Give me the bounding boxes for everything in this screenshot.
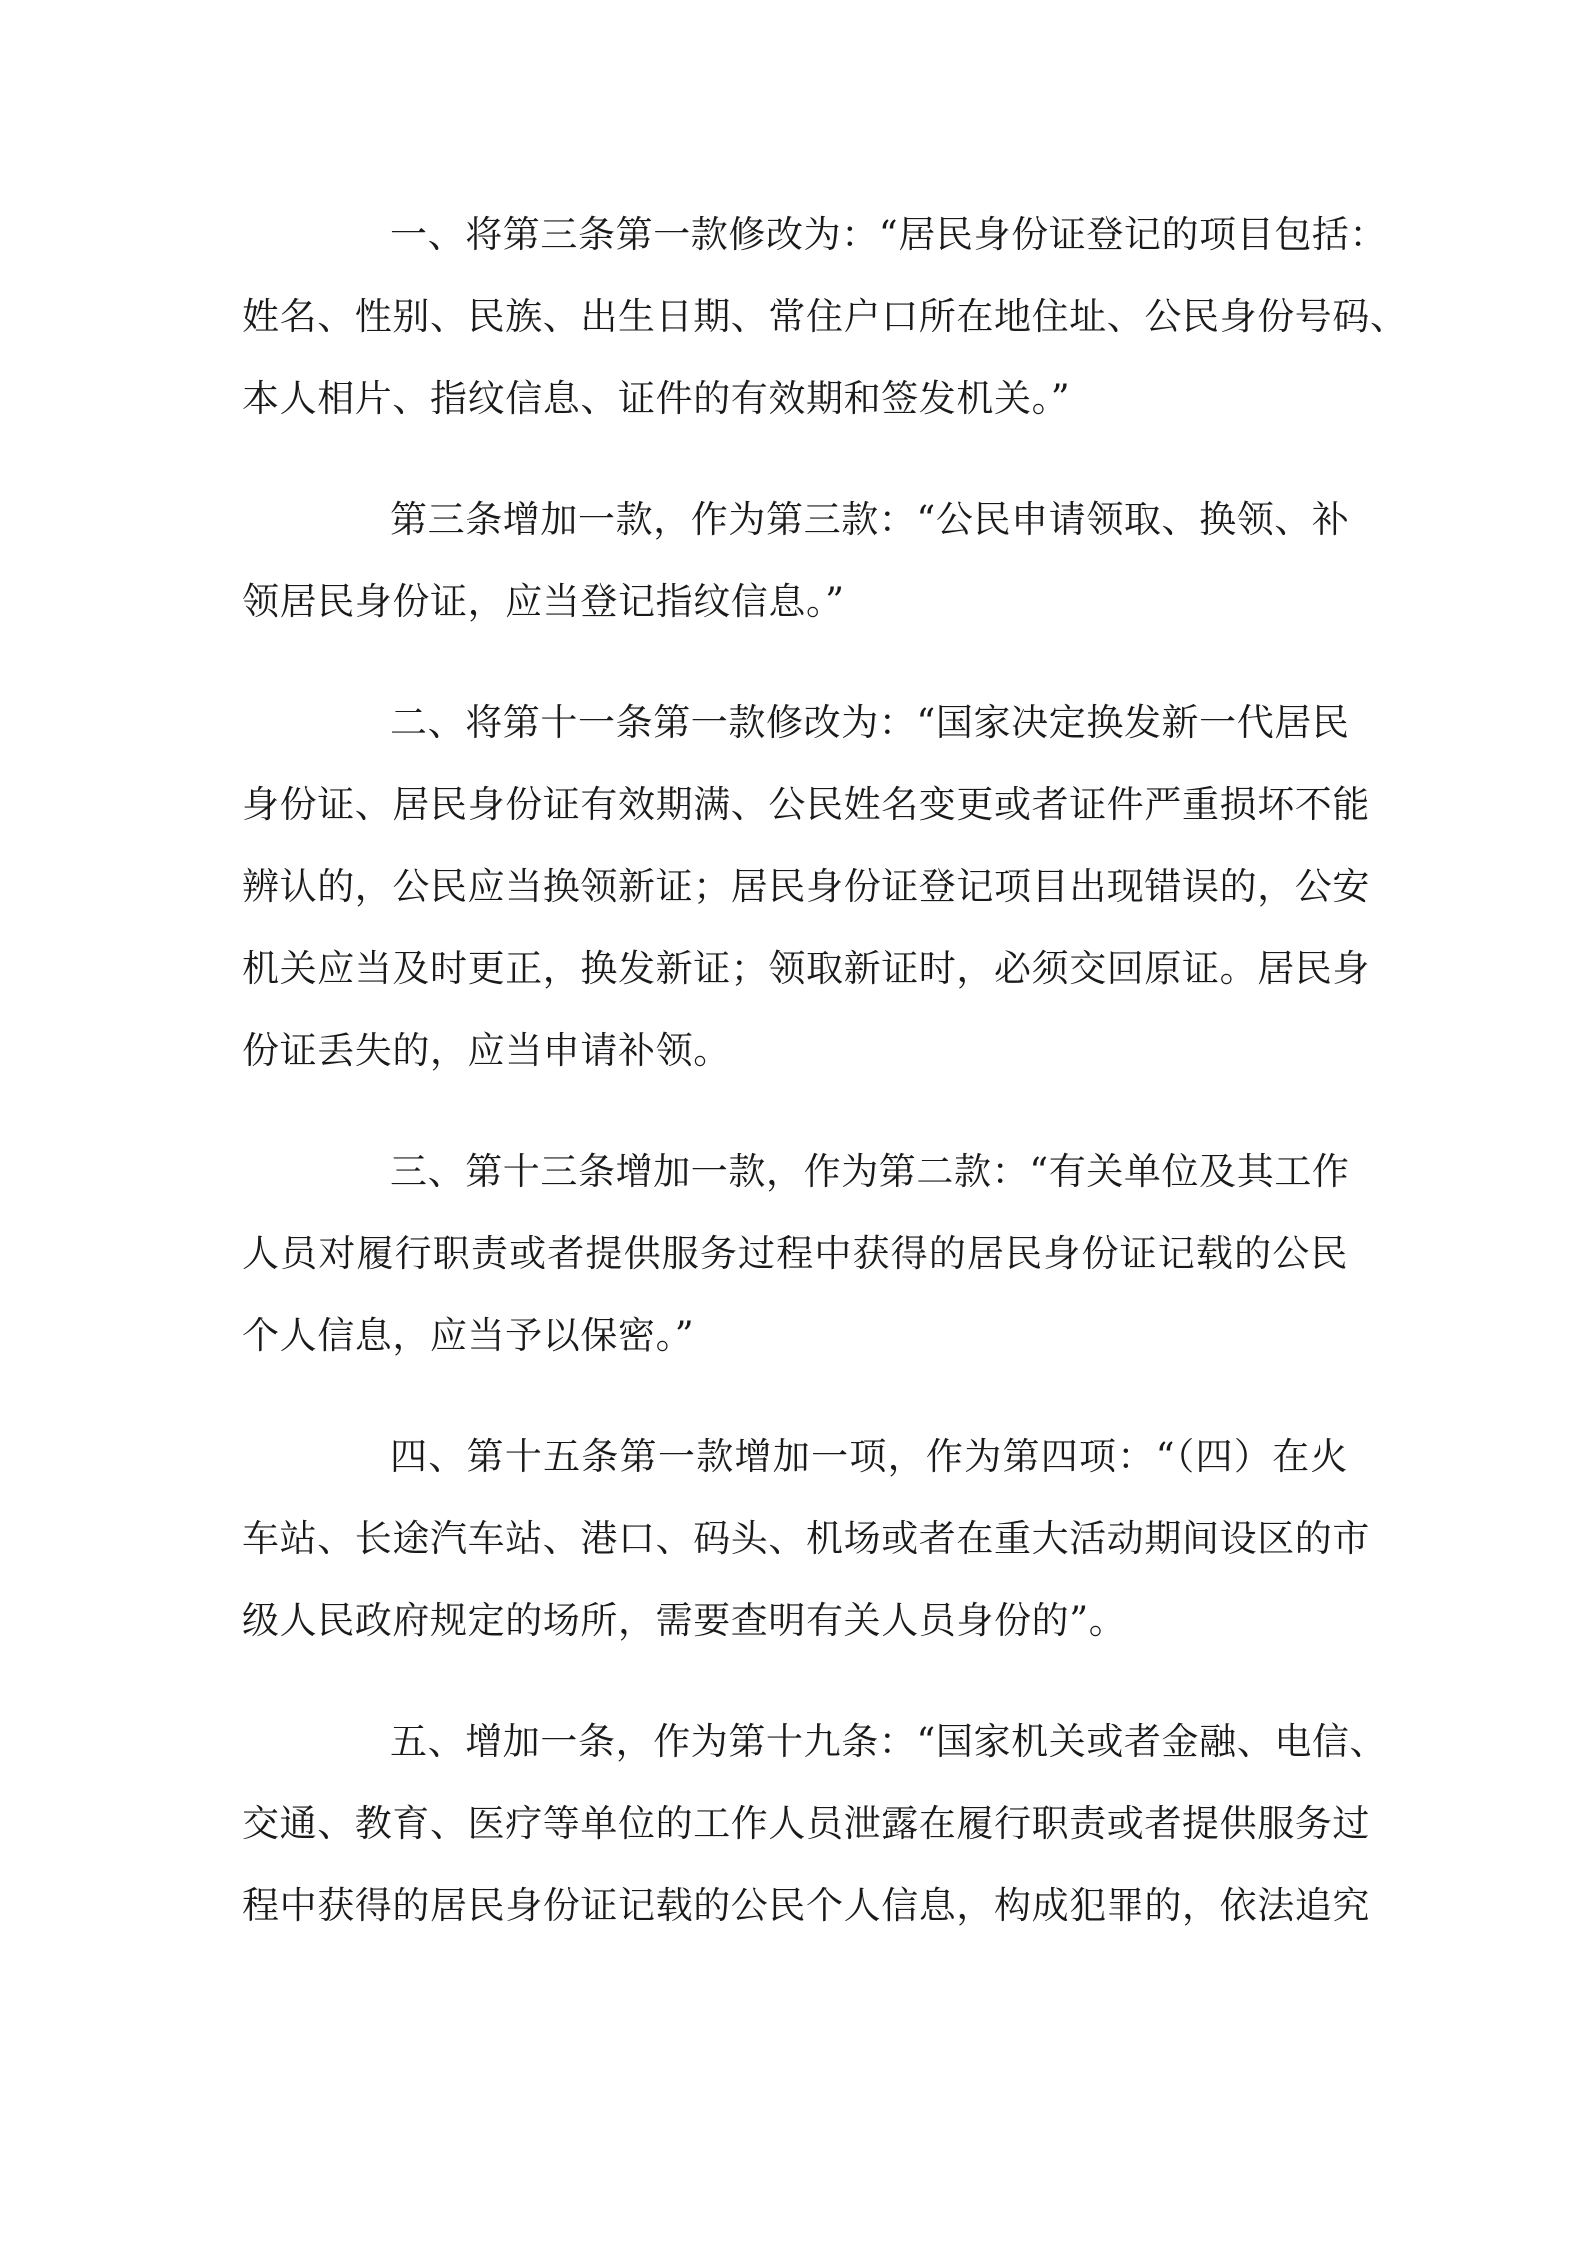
document-page: 一、将第三条第一款修改为：“居民身份证登记的项目包括： 姓名、性别、民族、出生日… xyxy=(242,207,1348,1999)
text-line: 交通、教育、医疗等单位的工作人员泄露在履行职责或者提供服务过 xyxy=(242,1796,1348,1878)
paragraph-amendment-5: 五、增加一条，作为第十九条：“国家机关或者金融、电信、 交通、教育、医疗等单位的… xyxy=(242,1714,1348,1960)
paragraph-amendment-3: 三、第十三条增加一款，作为第二款：“有关单位及其工作 人员对履行职责或者提供服务… xyxy=(242,1144,1348,1390)
text-line: 个人信息，应当予以保密。” xyxy=(242,1308,1348,1390)
text-line: 第三条增加一款，作为第三款：“公民申请领取、换领、补 xyxy=(242,492,1348,574)
text-line: 身份证、居民身份证有效期满、公民姓名变更或者证件严重损坏不能 xyxy=(242,777,1348,859)
text-line: 领居民身份证，应当登记指纹信息。” xyxy=(242,574,1348,656)
text-line: 机关应当及时更正，换发新证；领取新证时，必须交回原证。居民身 xyxy=(242,941,1348,1023)
paragraph-amendment-1: 一、将第三条第一款修改为：“居民身份证登记的项目包括： 姓名、性别、民族、出生日… xyxy=(242,207,1348,453)
text-line: 三、第十三条增加一款，作为第二款：“有关单位及其工作 xyxy=(242,1144,1348,1226)
paragraph-amendment-4: 四、第十五条第一款增加一项，作为第四项：“（四）在火 车站、长途汽车站、港口、码… xyxy=(242,1429,1348,1675)
paragraph-amendment-1-addition: 第三条增加一款，作为第三款：“公民申请领取、换领、补 领居民身份证，应当登记指纹… xyxy=(242,492,1348,656)
text-line: 本人相片、指纹信息、证件的有效期和签发机关。” xyxy=(242,371,1348,453)
text-line: 二、将第十一条第一款修改为：“国家决定换发新一代居民 xyxy=(242,695,1348,777)
text-line: 姓名、性别、民族、出生日期、常住户口所在地住址、公民身份号码、 xyxy=(242,289,1348,371)
text-line: 四、第十五条第一款增加一项，作为第四项：“（四）在火 xyxy=(242,1429,1348,1511)
text-line: 五、增加一条，作为第十九条：“国家机关或者金融、电信、 xyxy=(242,1714,1348,1796)
text-line: 份证丢失的，应当申请补领。 xyxy=(242,1023,1348,1105)
paragraph-amendment-2: 二、将第十一条第一款修改为：“国家决定换发新一代居民 身份证、居民身份证有效期满… xyxy=(242,695,1348,1105)
text-line: 级人民政府规定的场所，需要查明有关人员身份的”。 xyxy=(242,1593,1348,1675)
text-line: 车站、长途汽车站、港口、码头、机场或者在重大活动期间设区的市 xyxy=(242,1511,1348,1593)
text-line: 人员对履行职责或者提供服务过程中获得的居民身份证记载的公民 xyxy=(242,1226,1348,1308)
text-line: 辨认的，公民应当换领新证；居民身份证登记项目出现错误的，公安 xyxy=(242,859,1348,941)
text-line: 程中获得的居民身份证记载的公民个人信息，构成犯罪的，依法追究 xyxy=(242,1878,1348,1960)
text-line: 一、将第三条第一款修改为：“居民身份证登记的项目包括： xyxy=(242,207,1348,289)
